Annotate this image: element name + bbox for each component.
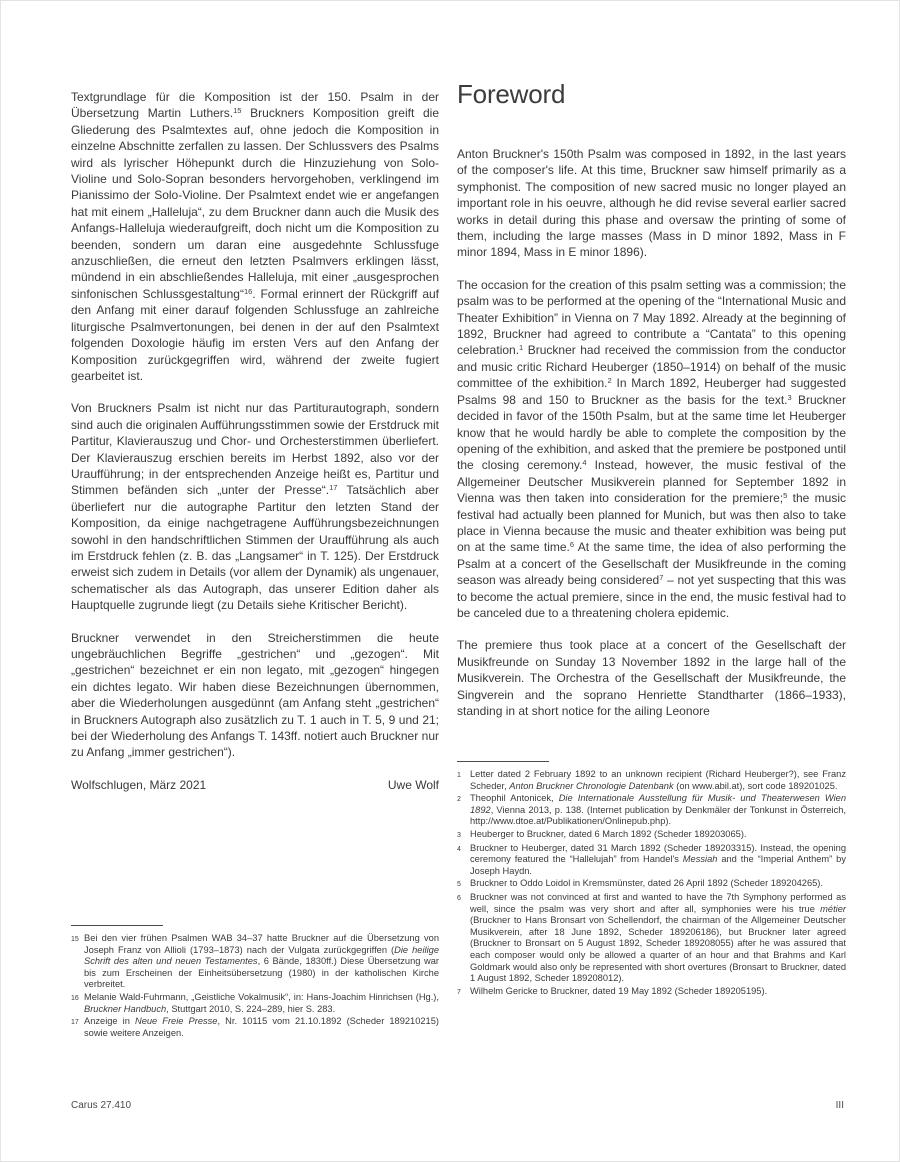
footnote-text: Heuberger to Bruckner, dated 6 March 189… [470, 829, 846, 842]
footnote: 7Wilhelm Gericke to Bruckner, dated 19 M… [457, 986, 846, 999]
footnote-reference: 6 [570, 540, 574, 549]
footnote-reference: 15 [233, 106, 241, 115]
paragraph: Von Bruckners Psalm ist nicht nur das Pa… [71, 400, 439, 613]
footnote-text: Bruckner to Heuberger, dated 31 March 18… [470, 843, 846, 878]
footnote-number: 1 [457, 769, 470, 792]
footnote-number: 15 [71, 933, 84, 991]
edition-number: Carus 27.410 [71, 1100, 131, 1111]
footnote: 4Bruckner to Heuberger, dated 31 March 1… [457, 843, 846, 878]
footnote: 6Bruckner was not convinced at first and… [457, 892, 846, 985]
footnote-reference: 17 [329, 483, 337, 492]
italic-text: Anton Bruckner Chronologie Datenbank [509, 781, 673, 791]
footnote-text: Melanie Wald-Fuhrmann, „Geistliche Vokal… [84, 992, 439, 1015]
footnote-text: Letter dated 2 February 1892 to an unkno… [470, 769, 846, 792]
footnote-number: 17 [71, 1016, 84, 1039]
footnote-separator [457, 761, 549, 762]
document-page: Textgrundlage für die Komposition ist de… [0, 0, 900, 1162]
german-text-column: Textgrundlage für die Komposition ist de… [71, 89, 439, 793]
page-footer: Carus 27.410 III [71, 1100, 844, 1111]
footnote-number: 16 [71, 992, 84, 1015]
italic-text: Messiah [683, 854, 718, 864]
footnote-reference: 3 [788, 393, 792, 402]
italic-text: métier [820, 904, 846, 914]
italic-text: Bruckner Handbuch [84, 1004, 166, 1014]
footnote: 15Bei den vier frühen Psalmen WAB 34–37 … [71, 933, 439, 991]
footnote-reference: 7 [659, 573, 663, 582]
english-footnote-list: 1Letter dated 2 February 1892 to an unkn… [457, 769, 846, 998]
footnote: 16Melanie Wald-Fuhrmann, „Geistliche Vok… [71, 992, 439, 1015]
footnote-text: Bei den vier frühen Psalmen WAB 34–37 ha… [84, 933, 439, 991]
footnote-text: Wilhelm Gericke to Bruckner, dated 19 Ma… [470, 986, 846, 999]
paragraph: Anton Bruckner's 150th Psalm was compose… [457, 146, 846, 261]
footnote-text: Anzeige in Neue Freie Presse, Nr. 10115 … [84, 1016, 439, 1039]
italic-text: Die Internationale Ausstellung für Musik… [470, 793, 846, 815]
signature-line: Wolfschlugen, März 2021 Uwe Wolf [71, 777, 439, 793]
page-number: III [836, 1100, 844, 1111]
footnote-text: Bruckner was not convinced at first and … [470, 892, 846, 985]
paragraph: The premiere thus took place at a concer… [457, 637, 846, 719]
footnote-number: 4 [457, 843, 470, 878]
english-footnotes: 1Letter dated 2 February 1892 to an unkn… [457, 761, 846, 999]
english-paragraphs: Anton Bruckner's 150th Psalm was compose… [457, 146, 846, 719]
footnote-reference: 2 [608, 376, 612, 385]
signature-author: Uwe Wolf [388, 777, 439, 793]
footnote-text: Bruckner to Oddo Loidol in Kremsmünster,… [470, 878, 846, 891]
footnote-number: 5 [457, 878, 470, 891]
footnote: 17Anzeige in Neue Freie Presse, Nr. 1011… [71, 1016, 439, 1039]
footnote-number: 7 [457, 986, 470, 999]
italic-text: Die heilige Schrift des alten und neuen … [84, 945, 439, 967]
footnote: 5Bruckner to Oddo Loidol in Kremsmünster… [457, 878, 846, 891]
german-footnote-list: 15Bei den vier frühen Psalmen WAB 34–37 … [71, 933, 439, 1039]
footnote: 3Heuberger to Bruckner, dated 6 March 18… [457, 829, 846, 842]
english-text-column: Foreword Anton Bruckner's 150th Psalm wa… [457, 79, 846, 719]
german-footnotes: 15Bei den vier frühen Psalmen WAB 34–37 … [71, 925, 439, 1040]
footnote-reference: 5 [783, 491, 787, 500]
footnote-number: 3 [457, 829, 470, 842]
paragraph: The occasion for the creation of this ps… [457, 277, 846, 622]
footnote: 1Letter dated 2 February 1892 to an unkn… [457, 769, 846, 792]
paragraph: Bruckner verwendet in den Streicherstimm… [71, 630, 439, 761]
paragraph: Textgrundlage für die Komposition ist de… [71, 89, 439, 384]
footnote-reference: 16 [244, 287, 252, 296]
footnote-text: Theophil Antonicek, Die Internationale A… [470, 793, 846, 828]
foreword-heading: Foreword [457, 79, 846, 110]
italic-text: Neue Freie Presse [135, 1016, 218, 1026]
footnote: 2Theophil Antonicek, Die Internationale … [457, 793, 846, 828]
footnote-reference: 1 [519, 343, 523, 352]
footnote-reference: 4 [582, 458, 586, 467]
footnote-number: 2 [457, 793, 470, 828]
footnote-separator [71, 925, 163, 926]
footnote-number: 6 [457, 892, 470, 985]
german-paragraphs: Textgrundlage für die Komposition ist de… [71, 89, 439, 761]
signature-place-date: Wolfschlugen, März 2021 [71, 777, 206, 793]
